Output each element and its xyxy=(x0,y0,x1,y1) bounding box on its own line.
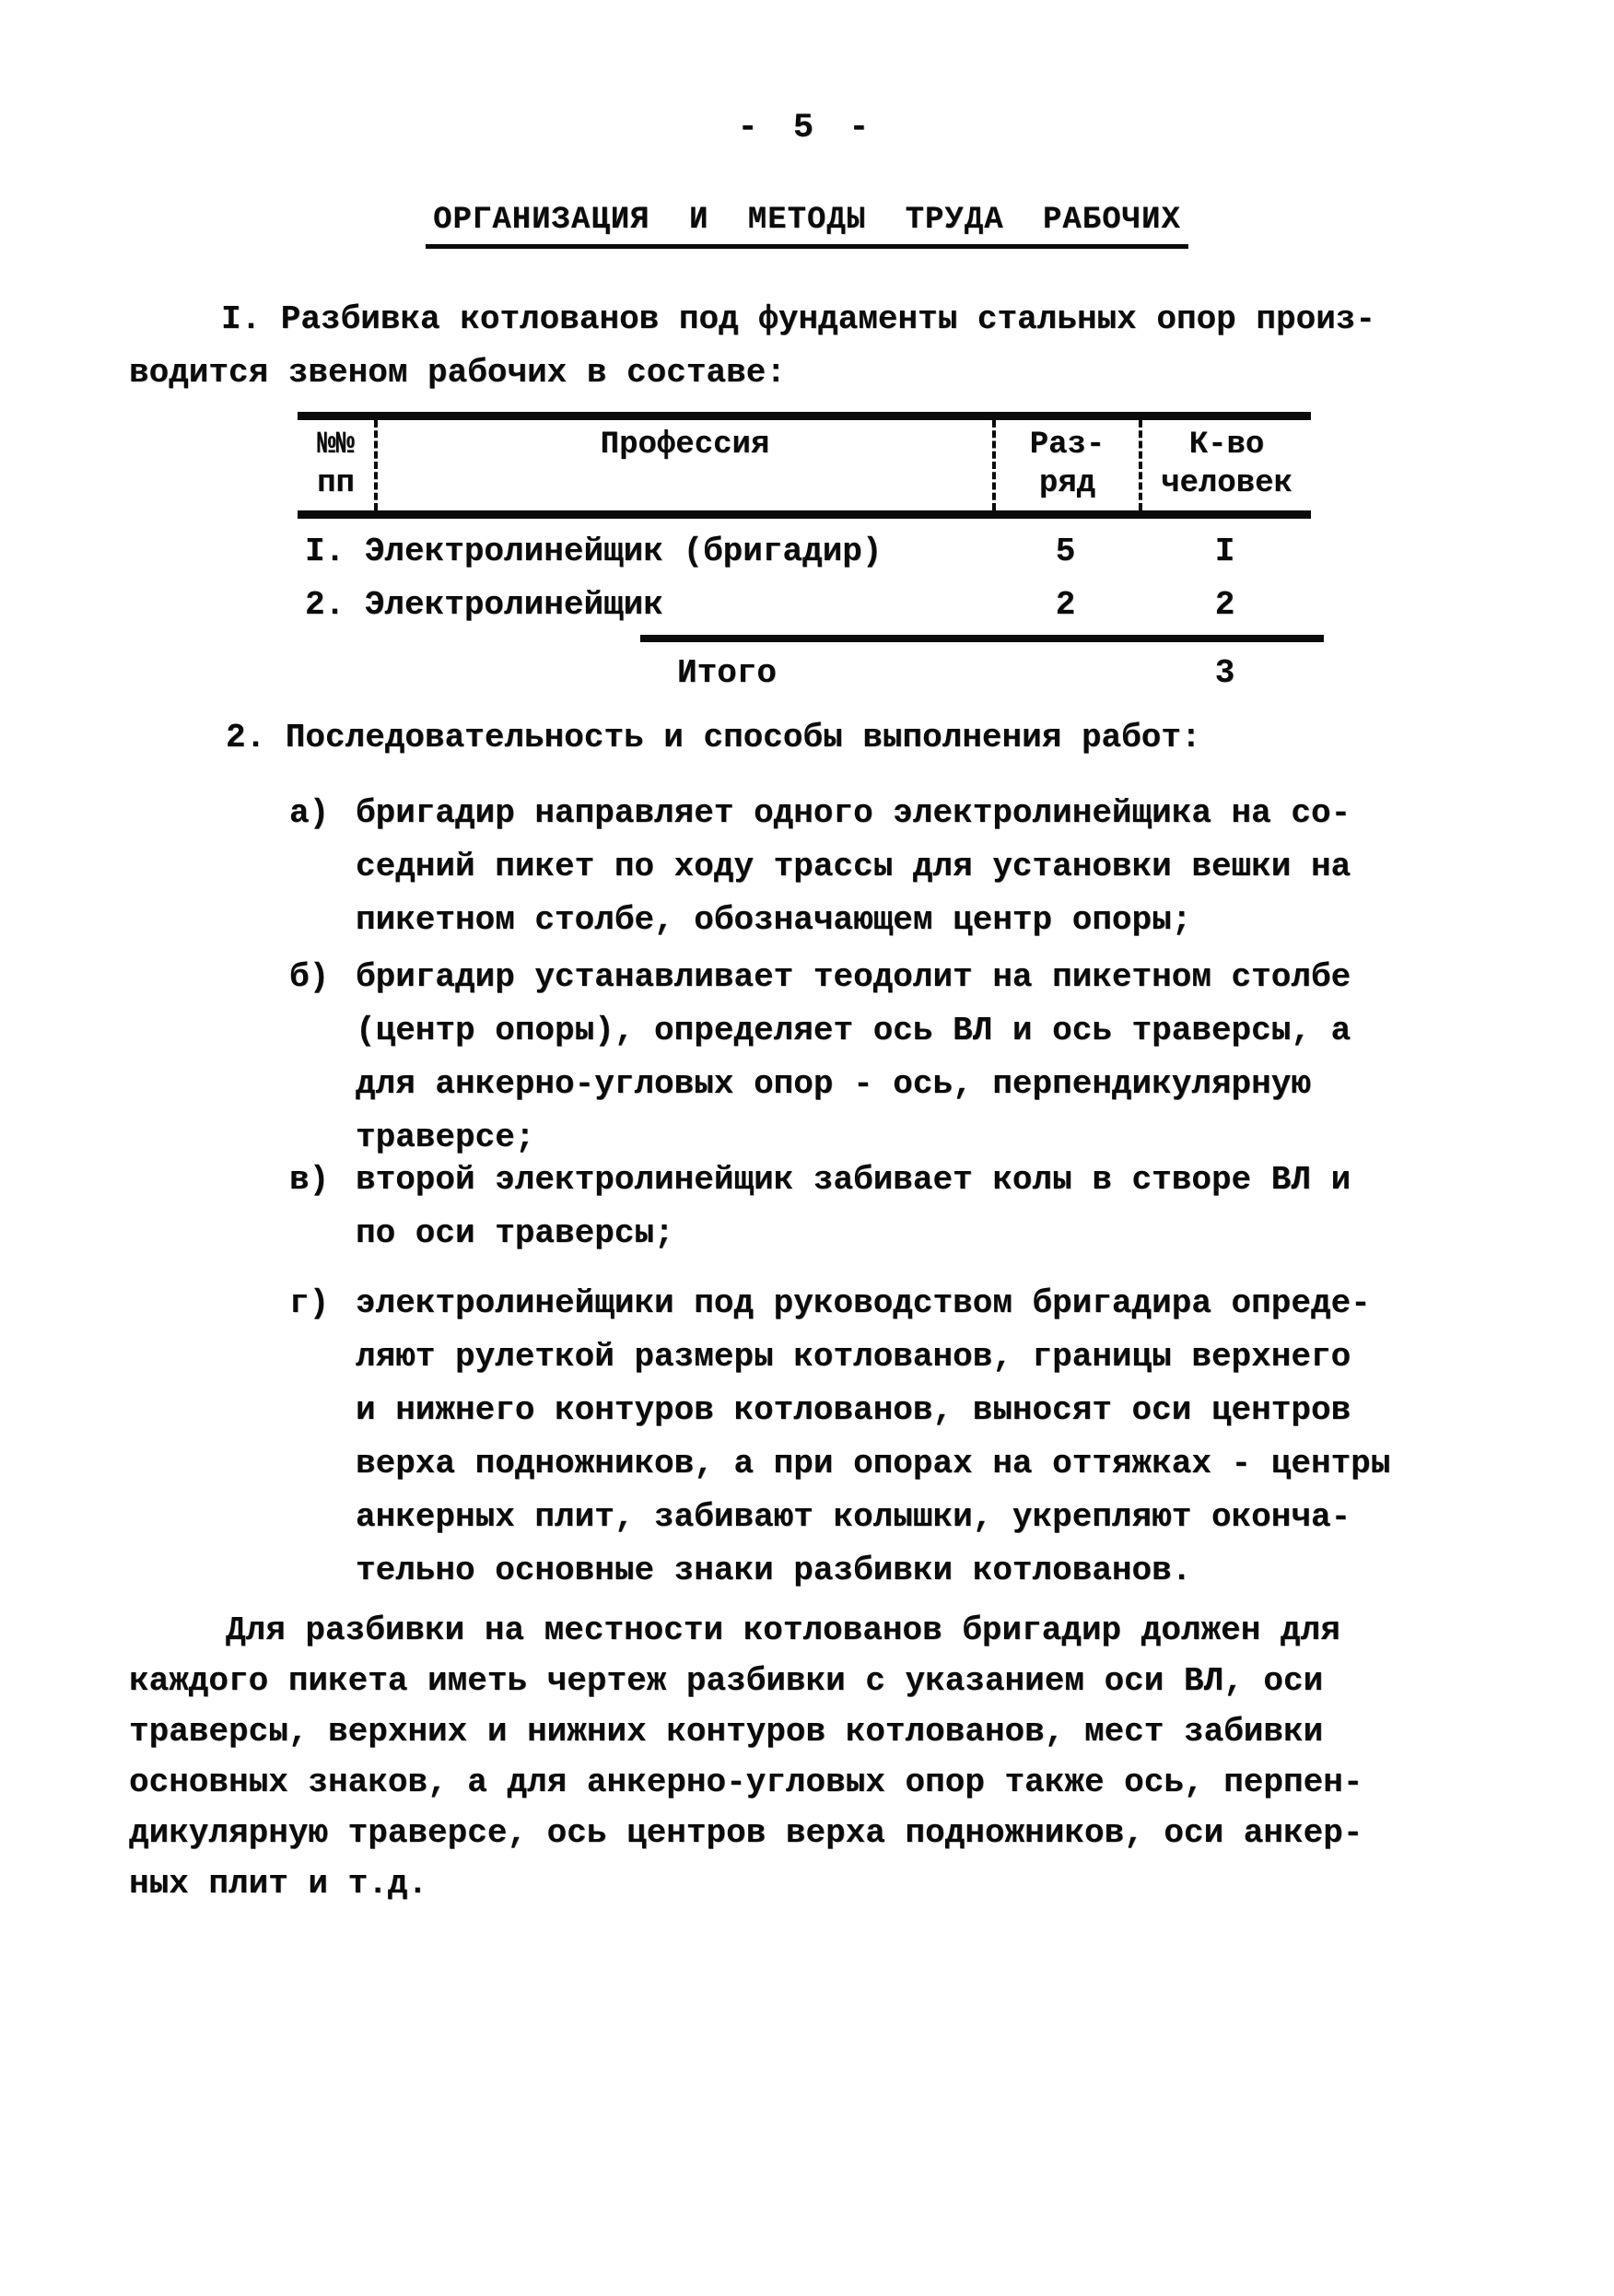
text-line: ряд xyxy=(996,464,1139,503)
text-line: и нижнего контуров котлованов, выносят о… xyxy=(356,1384,1390,1437)
title-row: ОРГАНИЗАЦИЯ И МЕТОДЫ ТРУДА РАБОЧИХ xyxy=(0,203,1614,249)
total-divider-line xyxy=(640,635,1324,642)
text-line: каждого пикета иметь чертеж разбивки с у… xyxy=(129,1656,1363,1706)
table-header-row: №№пп Профессия Раз-ряд К-вочеловек xyxy=(298,412,1311,519)
item-text: электролинейщики под руководством бригад… xyxy=(356,1277,1390,1598)
staff-table: №№пп Профессия Раз-ряд К-вочеловек I. Эл… xyxy=(298,412,1311,694)
item-text: бригадир направляет одного электролинейщ… xyxy=(356,787,1351,947)
total-label: Итого xyxy=(677,653,777,694)
item-text: второй электролинейщик забивает колы в с… xyxy=(356,1154,1351,1260)
text-line: траверсы, верхних и нижних контуров котл… xyxy=(129,1706,1363,1757)
total-value: 3 xyxy=(1139,653,1311,694)
section-2-heading: 2. Последовательность и способы выполнен… xyxy=(226,719,1201,756)
cell-count: I xyxy=(1139,532,1311,572)
text-line: Раз- xyxy=(996,426,1139,464)
text-line: второй электролинейщик забивает колы в с… xyxy=(356,1154,1351,1207)
text-line: Для разбивки на местности котлованов бри… xyxy=(129,1605,1363,1656)
text-line: пп xyxy=(298,464,374,503)
work-step-a: а) бригадир направляет одного электролин… xyxy=(356,787,1351,947)
item-label: а) xyxy=(289,787,329,840)
document-title: ОРГАНИЗАЦИЯ И МЕТОДЫ ТРУДА РАБОЧИХ xyxy=(426,203,1188,249)
work-step-g: г) электролинейщики под руководством бри… xyxy=(356,1277,1390,1598)
text-line: человек xyxy=(1142,464,1311,503)
text-line: дикулярную траверсе, ось центров верха п… xyxy=(129,1808,1363,1858)
scanned-document-page: - 5 - ОРГАНИЗАЦИЯ И МЕТОДЫ ТРУДА РАБОЧИХ… xyxy=(0,0,1614,2296)
text-line: основных знаков, а для анкерно-угловых о… xyxy=(129,1757,1363,1808)
text-line: электролинейщики под руководством бригад… xyxy=(356,1277,1390,1330)
header-cell-count: К-вочеловек xyxy=(1139,420,1311,510)
text-line: ляют рулеткой размеры котлованов, границ… xyxy=(356,1330,1390,1384)
item-text: бригадир устанавливает теодолит на пикет… xyxy=(356,951,1351,1165)
text-line: по оси траверсы; xyxy=(356,1207,1351,1260)
cell-profession: 2. Электролинейщик xyxy=(298,585,992,626)
item-label: в) xyxy=(289,1154,329,1207)
text-line: I. Разбивка котлованов под фундаменты ст… xyxy=(129,293,1375,346)
text-line: бригадир направляет одного электролинейщ… xyxy=(356,787,1351,840)
closing-paragraph: Для разбивки на местности котлованов бри… xyxy=(129,1605,1363,1909)
work-step-v: в) второй электролинейщик забивает колы … xyxy=(356,1154,1351,1260)
text-line: (центр опоры), определяет ось ВЛ и ось т… xyxy=(356,1004,1351,1058)
item-label: б) xyxy=(289,951,329,1004)
cell-count: 2 xyxy=(1139,585,1311,626)
text-line: анкерных плит, забивают колышки, укрепля… xyxy=(356,1491,1390,1544)
total-row: Итого 3 xyxy=(298,653,1311,694)
header-cell-profession: Профессия xyxy=(374,420,992,510)
text-line: для анкерно-угловых опор - ось, перпенди… xyxy=(356,1058,1351,1111)
text-line: №№ xyxy=(298,426,374,464)
text-line: бригадир устанавливает теодолит на пикет… xyxy=(356,951,1351,1004)
table-row: 2. Электролинейщик 2 2 xyxy=(298,585,1311,626)
table-row: I. Электролинейщик (бригадир) 5 I xyxy=(298,532,1311,572)
text-line: верха подножников, а при опорах на оттяж… xyxy=(356,1437,1390,1491)
text-line: тельно основные знаки разбивки котловано… xyxy=(356,1544,1390,1598)
item-label: г) xyxy=(289,1277,329,1330)
header-cell-number: №№пп xyxy=(298,420,374,510)
text-line: седний пикет по ходу трассы для установк… xyxy=(356,840,1351,894)
work-step-b: б) бригадир устанавливает теодолит на пи… xyxy=(356,951,1351,1165)
text-line: водится звеном рабочих в составе: xyxy=(129,346,1375,400)
intro-paragraph: I. Разбивка котлованов под фундаменты ст… xyxy=(129,293,1375,400)
cell-grade: 2 xyxy=(992,585,1139,626)
text-line: пикетном столбе, обозначающем центр опор… xyxy=(356,894,1351,947)
cell-profession: I. Электролинейщик (бригадир) xyxy=(298,532,992,572)
header-cell-grade: Раз-ряд xyxy=(992,420,1139,510)
cell-grade: 5 xyxy=(992,532,1139,572)
text-line: ных плит и т.д. xyxy=(129,1858,1363,1909)
page-number: - 5 - xyxy=(0,109,1614,147)
text-line: К-во xyxy=(1142,426,1311,464)
